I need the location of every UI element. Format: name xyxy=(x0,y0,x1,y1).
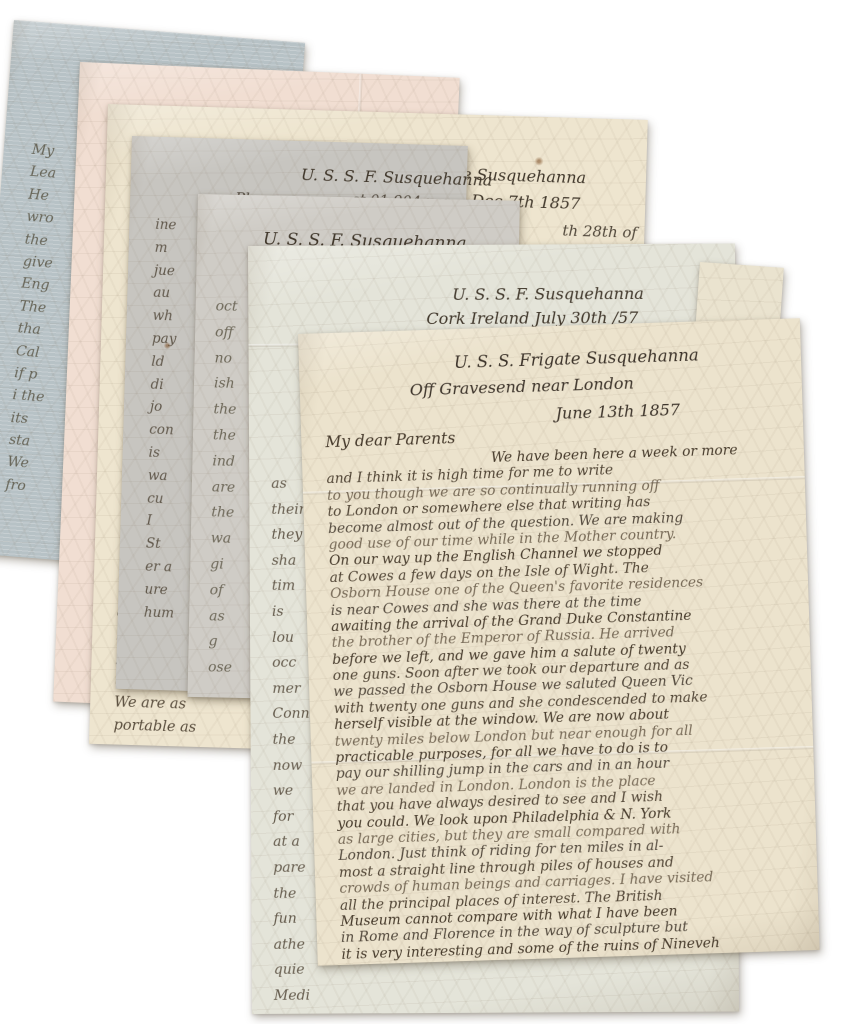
handwriting-fragment: quie xyxy=(274,962,338,988)
letter-sheet-front-gravesend: U. S. S. Frigate Susquehanna Off Gravese… xyxy=(298,318,820,965)
handwriting-fragment: portable as xyxy=(113,717,224,743)
foxing-spot xyxy=(534,157,543,166)
handwriting-fragment: We are as xyxy=(114,694,225,720)
letters-photograph: MyLeaHewrothegiveEngThethaCalif pi theit… xyxy=(0,0,847,1024)
letter-body: We have been here a week or moreand I th… xyxy=(326,440,820,963)
letter-date: June 13th 1857 xyxy=(555,400,680,423)
ship-name-header: U. S. S. F. Susquehanna xyxy=(452,284,644,304)
salutation: My dear Parents xyxy=(325,429,455,451)
handwriting-fragment: Medi xyxy=(274,987,338,1013)
ship-name-header: U. S. S. F. Susquehanna xyxy=(301,165,493,190)
handwriting-fragment: fro xyxy=(4,477,66,504)
ship-name-header: U. S. S. Frigate Susquehanna xyxy=(454,345,699,372)
place-line: Off Gravesend near London xyxy=(410,373,635,399)
body-text-fragment: th 28th of xyxy=(562,222,637,242)
